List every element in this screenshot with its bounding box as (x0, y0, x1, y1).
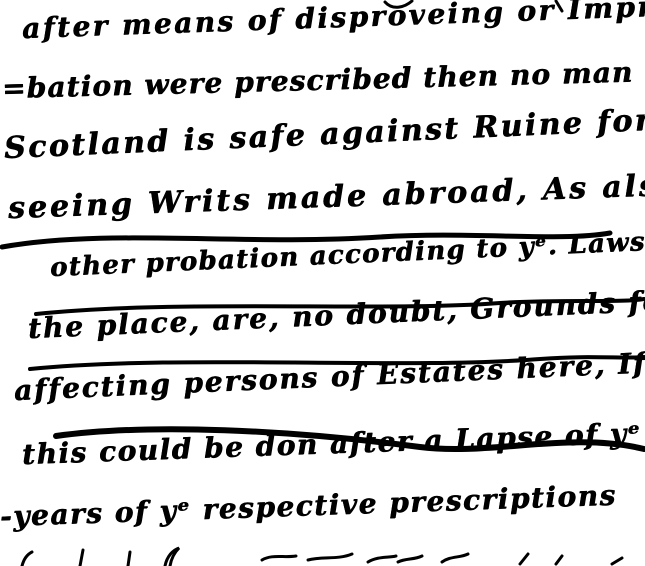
manuscript-line-4: seeing Writs made abroad, As also (7, 168, 645, 224)
bottom-edge-mark-5 (262, 554, 396, 562)
manuscript-page: after means of disproveing or Impro= =ba… (0, 0, 645, 566)
bottom-edge-mark-4 (165, 548, 179, 566)
manuscript-line-1: after means of disproveing or Impro= (21, 0, 645, 45)
manuscript-line-6: the place, are, no doubt, Grounds for (27, 286, 645, 345)
manuscript-line-3: Scotland is safe against Ruine for (3, 104, 645, 165)
manuscript-line-7: affecting persons of Estates here, If (13, 348, 645, 406)
manuscript-line-2: =bation were prescribed then no man in (2, 56, 645, 104)
manuscript-line-9: -years of yᵉ respective prescriptions (0, 480, 617, 532)
bottom-edge-mark-6 (398, 554, 468, 562)
bottom-edge-mark-2 (80, 550, 83, 566)
manuscript-line-5: other probation according to yᵉ. Laws of (49, 226, 645, 282)
bottom-edge-mark-7 (520, 554, 562, 564)
manuscript-line-8: this could be don after a Lapse of yᵉ (21, 418, 641, 470)
bottom-edge-mark-1 (22, 552, 32, 566)
bottom-edge-mark-8 (612, 558, 622, 564)
bottom-edge-mark-3 (128, 552, 130, 566)
